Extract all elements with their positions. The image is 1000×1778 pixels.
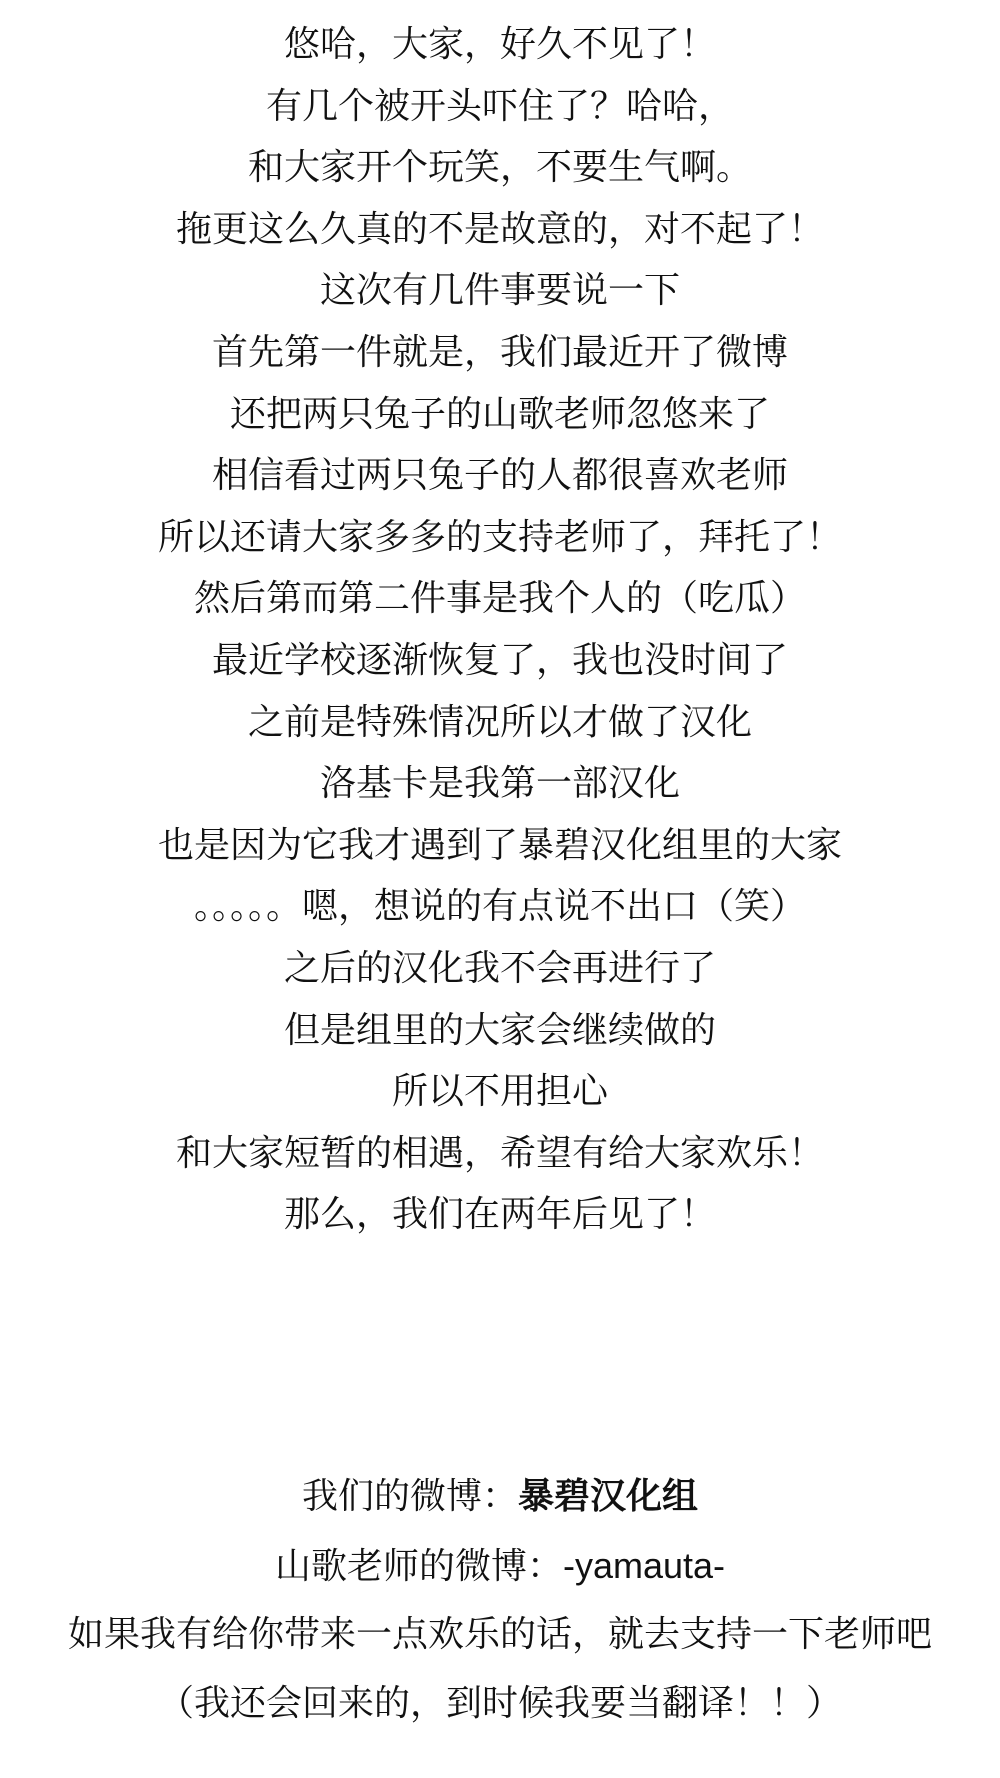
weibo-links-section: 我们的微博：暴碧汉化组 山歌老师的微博：-yamauta- 如果我有给你带来一点… [0, 1462, 1000, 1738]
message-line: 但是组里的大家会继续做的 [0, 1000, 1000, 1062]
message-line: 洛基卡是我第一部汉化 [0, 753, 1000, 815]
our-weibo-label: 我们的微博： [302, 1476, 518, 1517]
message-line: 然后第而第二件事是我个人的（吃瓜） [0, 568, 1000, 630]
our-weibo-name: 暴碧汉化组 [518, 1476, 698, 1517]
message-line: 和大家开个玩笑，不要生气啊。 [0, 137, 1000, 199]
message-line: 也是因为它我才遇到了暴碧汉化组里的大家 [0, 815, 1000, 877]
closing-text: （我还会回来的，到时候我要当翻译！！） [0, 1669, 1000, 1738]
message-line: 有几个被开头吓住了？哈哈， [0, 76, 1000, 138]
author-weibo-name: -yamauta- [563, 1545, 725, 1586]
support-text: 如果我有给你带来一点欢乐的话，就去支持一下老师吧 [0, 1600, 1000, 1669]
author-weibo-label: 山歌老师的微博： [275, 1546, 563, 1587]
our-weibo-line: 我们的微博：暴碧汉化组 [0, 1462, 1000, 1531]
message-line: 。。。。。嗯，想说的有点说不出口（笑） [0, 876, 1000, 938]
message-line: 之前是特殊情况所以才做了汉化 [0, 692, 1000, 754]
message-line: 首先第一件就是，我们最近开了微博 [0, 322, 1000, 384]
message-line: 拖更这么久真的不是故意的，对不起了！ [0, 199, 1000, 261]
message-line: 还把两只兔子的山歌老师忽悠来了 [0, 384, 1000, 446]
message-line: 最近学校逐渐恢复了，我也没时间了 [0, 630, 1000, 692]
message-line: 悠哈，大家，好久不见了！ [0, 14, 1000, 76]
message-line: 那么，我们在两年后见了！ [0, 1184, 1000, 1246]
message-line: 所以还请大家多多的支持老师了，拜托了！ [0, 507, 1000, 569]
message-line: 相信看过两只兔子的人都很喜欢老师 [0, 445, 1000, 507]
message-line: 所以不用担心 [0, 1061, 1000, 1123]
message-line: 之后的汉化我不会再进行了 [0, 938, 1000, 1000]
message-body: 悠哈，大家，好久不见了！ 有几个被开头吓住了？哈哈， 和大家开个玩笑，不要生气啊… [0, 14, 1000, 1246]
message-line: 这次有几件事要说一下 [0, 260, 1000, 322]
message-line: 和大家短暂的相遇，希望有给大家欢乐！ [0, 1123, 1000, 1185]
author-weibo-line: 山歌老师的微博：-yamauta- [0, 1531, 1000, 1600]
